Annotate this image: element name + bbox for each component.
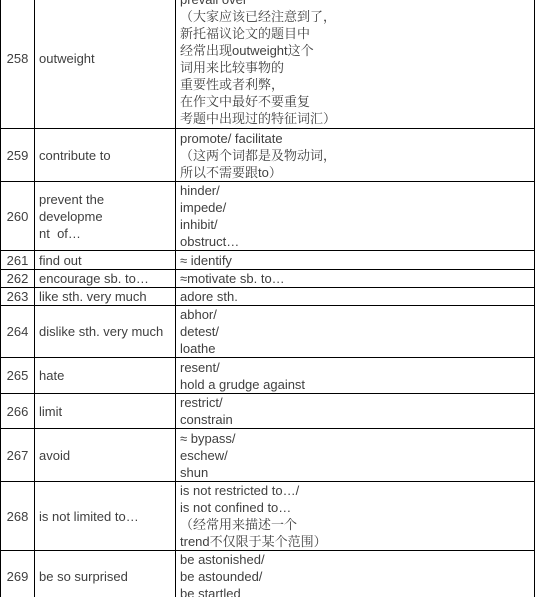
row-number: 259 [1,129,35,182]
synonyms-cell: adore sth. [176,288,535,306]
table-row: 262 encourage sb. to… ≈motivate sb. to… [1,270,535,288]
row-number: 261 [1,251,35,270]
row-number: 268 [1,482,35,551]
term-cell: is not limited to… [35,482,176,551]
table-row: 267 avoid ≈ bypass/ eschew/ shun [1,429,535,482]
table-row: 265 hate resent/ hold a grudge against [1,358,535,394]
term-cell: limit [35,394,176,429]
synonyms-table: 258 outweight prevail over （大家应该已经注意到了， … [0,0,535,597]
row-number: 262 [1,270,35,288]
term-cell: find out [35,251,176,270]
table-row: 258 outweight prevail over （大家应该已经注意到了， … [1,0,535,129]
term-cell: like sth. very much [35,288,176,306]
synonyms-cell: abhor/ detest/ loathe [176,306,535,358]
row-number: 258 [1,0,35,129]
row-number: 266 [1,394,35,429]
term-cell: be so surprised [35,551,176,597]
synonyms-cell: is not restricted to…/ is not confined t… [176,482,535,551]
table-row: 261 find out ≈ identify [1,251,535,270]
row-number: 260 [1,182,35,251]
row-number: 267 [1,429,35,482]
document-page: 258 outweight prevail over （大家应该已经注意到了， … [0,0,536,597]
synonyms-cell: ≈ identify [176,251,535,270]
table-row: 263 like sth. very much adore sth. [1,288,535,306]
synonyms-cell: be astonished/ be astounded/ be startled [176,551,535,597]
term-cell: outweight [35,0,176,129]
synonyms-cell: promote/ facilitate （这两个词都是及物动词， 所以不需要跟t… [176,129,535,182]
row-number: 263 [1,288,35,306]
synonyms-cell: restrict/ constrain [176,394,535,429]
row-number: 265 [1,358,35,394]
table-row: 268 is not limited to… is not restricted… [1,482,535,551]
term-cell: dislike sth. very much [35,306,176,358]
table-row: 269 be so surprised be astonished/ be as… [1,551,535,597]
table-row: 260 prevent the developme nt of… hinder/… [1,182,535,251]
synonyms-cell: hinder/ impede/ inhibit/ obstruct… [176,182,535,251]
term-cell: avoid [35,429,176,482]
synonyms-cell: prevail over （大家应该已经注意到了， 新托福议论文的题目中 经常出… [176,0,535,129]
row-number: 269 [1,551,35,597]
synonyms-cell: ≈motivate sb. to… [176,270,535,288]
synonyms-cell: ≈ bypass/ eschew/ shun [176,429,535,482]
term-cell: hate [35,358,176,394]
synonyms-cell: resent/ hold a grudge against [176,358,535,394]
table-row: 266 limit restrict/ constrain [1,394,535,429]
term-cell: encourage sb. to… [35,270,176,288]
term-cell: prevent the developme nt of… [35,182,176,251]
table-row: 259 contribute to promote/ facilitate （这… [1,129,535,182]
table-row: 264 dislike sth. very much abhor/ detest… [1,306,535,358]
row-number: 264 [1,306,35,358]
term-cell: contribute to [35,129,176,182]
